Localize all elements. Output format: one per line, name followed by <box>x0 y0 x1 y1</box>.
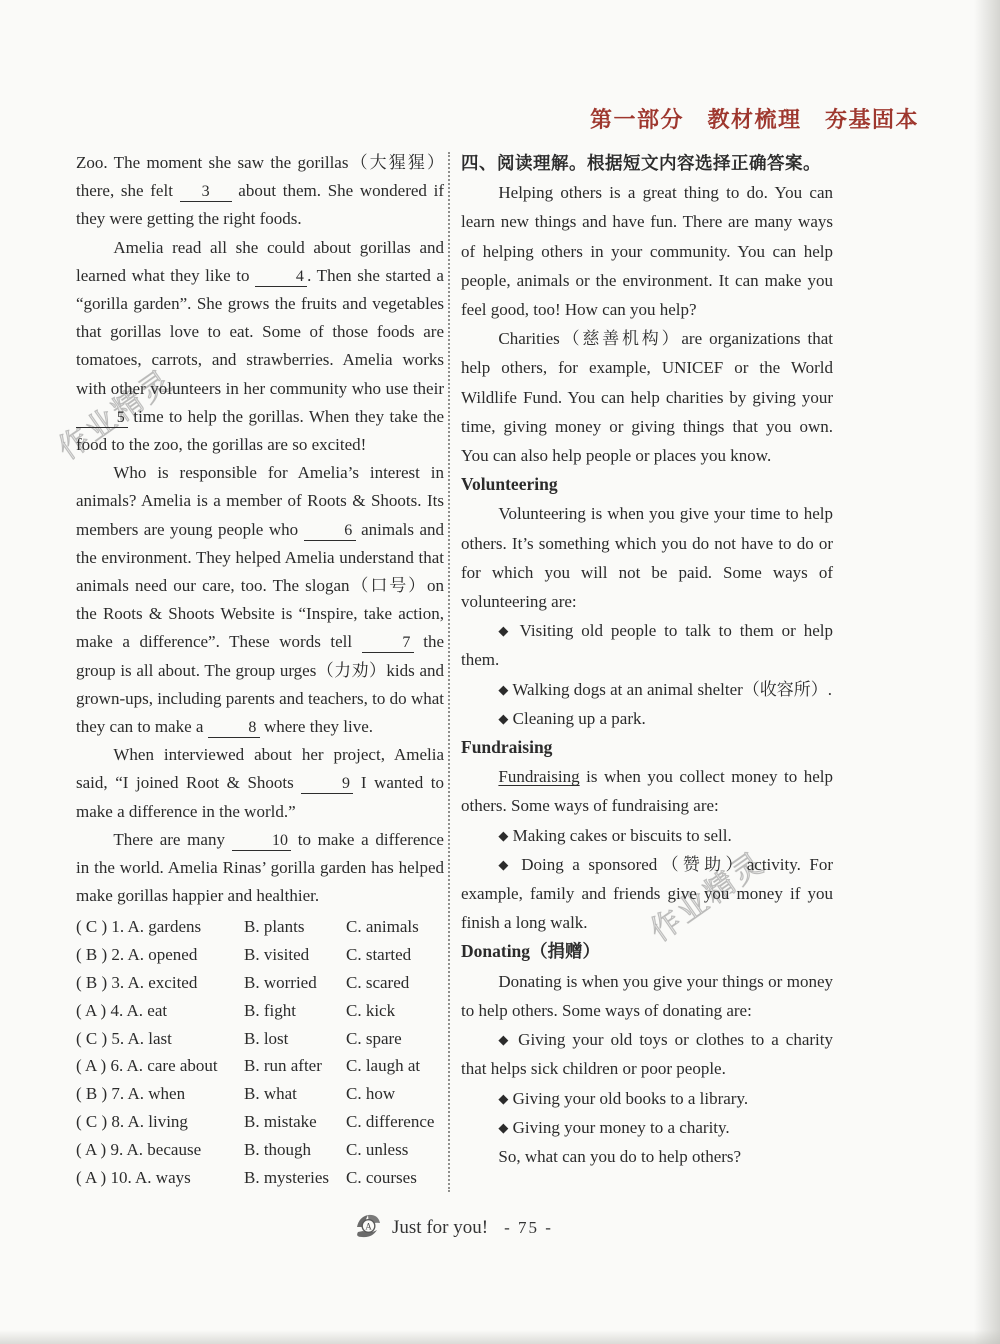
reading-para: Volunteering is when you give your time … <box>461 499 833 616</box>
fill-in-blank: 4 <box>255 267 307 287</box>
option-answer-and-a: ( A ) 4. A. eat <box>76 997 244 1025</box>
option-c: C. unless <box>346 1136 444 1164</box>
diamond-bullet-icon: ◆ <box>498 1091 508 1106</box>
option-c: C. animals <box>346 913 444 941</box>
reading-para: Helping others is a great thing to do. Y… <box>461 178 833 324</box>
option-b: B. fight <box>244 997 346 1025</box>
option-c: C. scared <box>346 969 444 997</box>
reading-bullet: ◆ Making cakes or biscuits to sell. <box>461 821 833 850</box>
option-c: C. kick <box>346 997 444 1025</box>
reading-bullet: ◆ Giving your old toys or clothes to a c… <box>461 1025 833 1083</box>
fill-in-blank: 5 <box>76 408 128 428</box>
option-c: C. difference <box>346 1108 444 1136</box>
passage-paragraph: When interviewed about her project, Amel… <box>76 741 444 826</box>
option-c: C. laugh at <box>346 1052 444 1080</box>
option-row: ( B ) 2. A. openedB. visitedC. started <box>76 941 444 969</box>
bullet-text: Cleaning up a park. <box>513 709 646 728</box>
bullet-text: Doing a sponsored（赞助）activity. For examp… <box>461 855 833 932</box>
passage-paragraph: Amelia read all she could about gorillas… <box>76 234 444 460</box>
option-answer-and-a: ( C ) 8. A. living <box>76 1108 244 1136</box>
option-b: B. worried <box>244 969 346 997</box>
diamond-bullet-icon: ◆ <box>498 828 508 843</box>
option-b: B. run after <box>244 1052 346 1080</box>
bullet-text: Visiting old people to talk to them or h… <box>461 621 833 669</box>
scanned-page: 第一部分 教材梳理 夯基固本 作业精灵 作业精灵 Zoo. The moment… <box>0 0 1000 1344</box>
diamond-bullet-icon: ◆ <box>498 623 512 638</box>
column-divider <box>448 152 450 1192</box>
reading-bullet: ◆ Walking dogs at an animal shelter（收容所）… <box>461 675 833 704</box>
option-answer-and-a: ( C ) 1. A. gardens <box>76 913 244 941</box>
reading-heading: Volunteering <box>461 470 833 499</box>
option-c: C. how <box>346 1080 444 1108</box>
page-number: - 75 - <box>504 1218 553 1238</box>
fill-in-blank: 10 <box>232 831 291 851</box>
bullet-text: Giving your money to a charity. <box>513 1118 730 1137</box>
option-c: C. courses <box>346 1164 444 1192</box>
svg-text:A: A <box>365 1222 372 1232</box>
option-row: ( B ) 7. A. whenB. whatC. how <box>76 1080 444 1108</box>
option-b: B. though <box>244 1136 346 1164</box>
option-b: B. plants <box>244 913 346 941</box>
reading-heading: Fundraising <box>461 733 833 762</box>
reading-bullet: ◆ Visiting old people to talk to them or… <box>461 616 833 674</box>
option-c: C. spare <box>346 1025 444 1053</box>
option-b: B. what <box>244 1080 346 1108</box>
page-header-title: 第一部分 教材梳理 夯基固本 <box>590 103 919 134</box>
option-b: B. mysteries <box>244 1164 346 1192</box>
fill-in-blank: 6 <box>304 521 356 541</box>
bullet-text: Walking dogs at an animal shelter（收容所）. <box>512 680 832 699</box>
reading-bullet: ◆ Giving your old books to a library. <box>461 1084 833 1113</box>
diamond-bullet-icon: ◆ <box>498 1120 508 1135</box>
bullet-text: Giving your old books to a library. <box>513 1089 748 1108</box>
left-column: Zoo. The moment she saw the gorillas（大猩猩… <box>76 149 444 1191</box>
passage-paragraph: Zoo. The moment she saw the gorillas（大猩猩… <box>76 149 444 234</box>
diamond-bullet-icon: ◆ <box>498 711 508 726</box>
reading-para: So, what can you do to help others? <box>461 1142 833 1171</box>
option-row: ( C ) 1. A. gardensB. plantsC. animals <box>76 913 444 941</box>
option-row: ( C ) 5. A. lastB. lostC. spare <box>76 1025 444 1053</box>
option-answer-and-a: ( C ) 5. A. last <box>76 1025 244 1053</box>
option-answer-and-a: ( B ) 2. A. opened <box>76 941 244 969</box>
footer-brand: Just for you! <box>392 1217 488 1239</box>
reading-para: Fundraising is when you collect money to… <box>461 762 833 820</box>
right-blocks: 四、阅读理解。根据短文内容选择正确答案。Helping others is a … <box>461 149 833 1171</box>
option-answer-and-a: ( B ) 7. A. when <box>76 1080 244 1108</box>
option-answer-and-a: ( A ) 6. A. care about <box>76 1052 244 1080</box>
reading-bullet: ◆ Doing a sponsored（赞助）activity. For exa… <box>461 850 833 938</box>
fill-in-blank: 8 <box>208 718 260 738</box>
diamond-bullet-icon: ◆ <box>498 682 508 697</box>
rose-letter-A-logo-icon: A <box>352 1211 384 1244</box>
page-footer: A Just for you! - 75 - <box>352 1211 553 1244</box>
option-row: ( A ) 6. A. care aboutB. run afterC. lau… <box>76 1052 444 1080</box>
option-answer-and-a: ( A ) 9. A. because <box>76 1136 244 1164</box>
option-row: ( C ) 8. A. livingB. mistakeC. differenc… <box>76 1108 444 1136</box>
right-column: 四、阅读理解。根据短文内容选择正确答案。Helping others is a … <box>461 149 833 1171</box>
underlined-word: Fundraising <box>498 767 579 786</box>
option-b: B. visited <box>244 941 346 969</box>
option-c: C. started <box>346 941 444 969</box>
bullet-text: Giving your old toys or clothes to a cha… <box>461 1030 833 1078</box>
option-row: ( A ) 4. A. eatB. fightC. kick <box>76 997 444 1025</box>
option-answer-and-a: ( B ) 3. A. excited <box>76 969 244 997</box>
option-row: ( B ) 3. A. excitedB. worriedC. scared <box>76 969 444 997</box>
reading-heading: Donating（捐赠） <box>461 937 833 966</box>
reading-bullet: ◆ Cleaning up a park. <box>461 704 833 733</box>
left-paragraphs: Zoo. The moment she saw the gorillas（大猩猩… <box>76 149 444 910</box>
reading-bullet: ◆ Giving your money to a charity. <box>461 1113 833 1142</box>
option-answer-and-a: ( A ) 10. A. ways <box>76 1164 244 1192</box>
fill-in-blank: 7 <box>362 633 414 653</box>
right-edge-shadow <box>974 0 1000 1344</box>
fill-in-blank: 3 <box>180 182 232 202</box>
option-b: B. mistake <box>244 1108 346 1136</box>
option-row: ( A ) 10. A. waysB. mysteriesC. courses <box>76 1164 444 1192</box>
fill-in-blank: 9 <box>301 774 353 794</box>
options-list: ( C ) 1. A. gardensB. plantsC. animals( … <box>76 913 444 1191</box>
diamond-bullet-icon: ◆ <box>498 857 512 872</box>
passage-paragraph: Who is responsible for Amelia’s interest… <box>76 459 444 741</box>
bullet-text: Making cakes or biscuits to sell. <box>513 826 732 845</box>
diamond-bullet-icon: ◆ <box>498 1032 511 1047</box>
reading-para: Charities（慈善机构）are organizations that he… <box>461 324 833 470</box>
reading-section-title: 四、阅读理解。根据短文内容选择正确答案。 <box>461 149 833 178</box>
option-b: B. lost <box>244 1025 346 1053</box>
passage-paragraph: There are many 10 to make a difference i… <box>76 826 444 911</box>
reading-para: Donating is when you give your things or… <box>461 967 833 1025</box>
bottom-edge-shadow <box>0 1330 1000 1344</box>
option-row: ( A ) 9. A. becauseB. thoughC. unless <box>76 1136 444 1164</box>
